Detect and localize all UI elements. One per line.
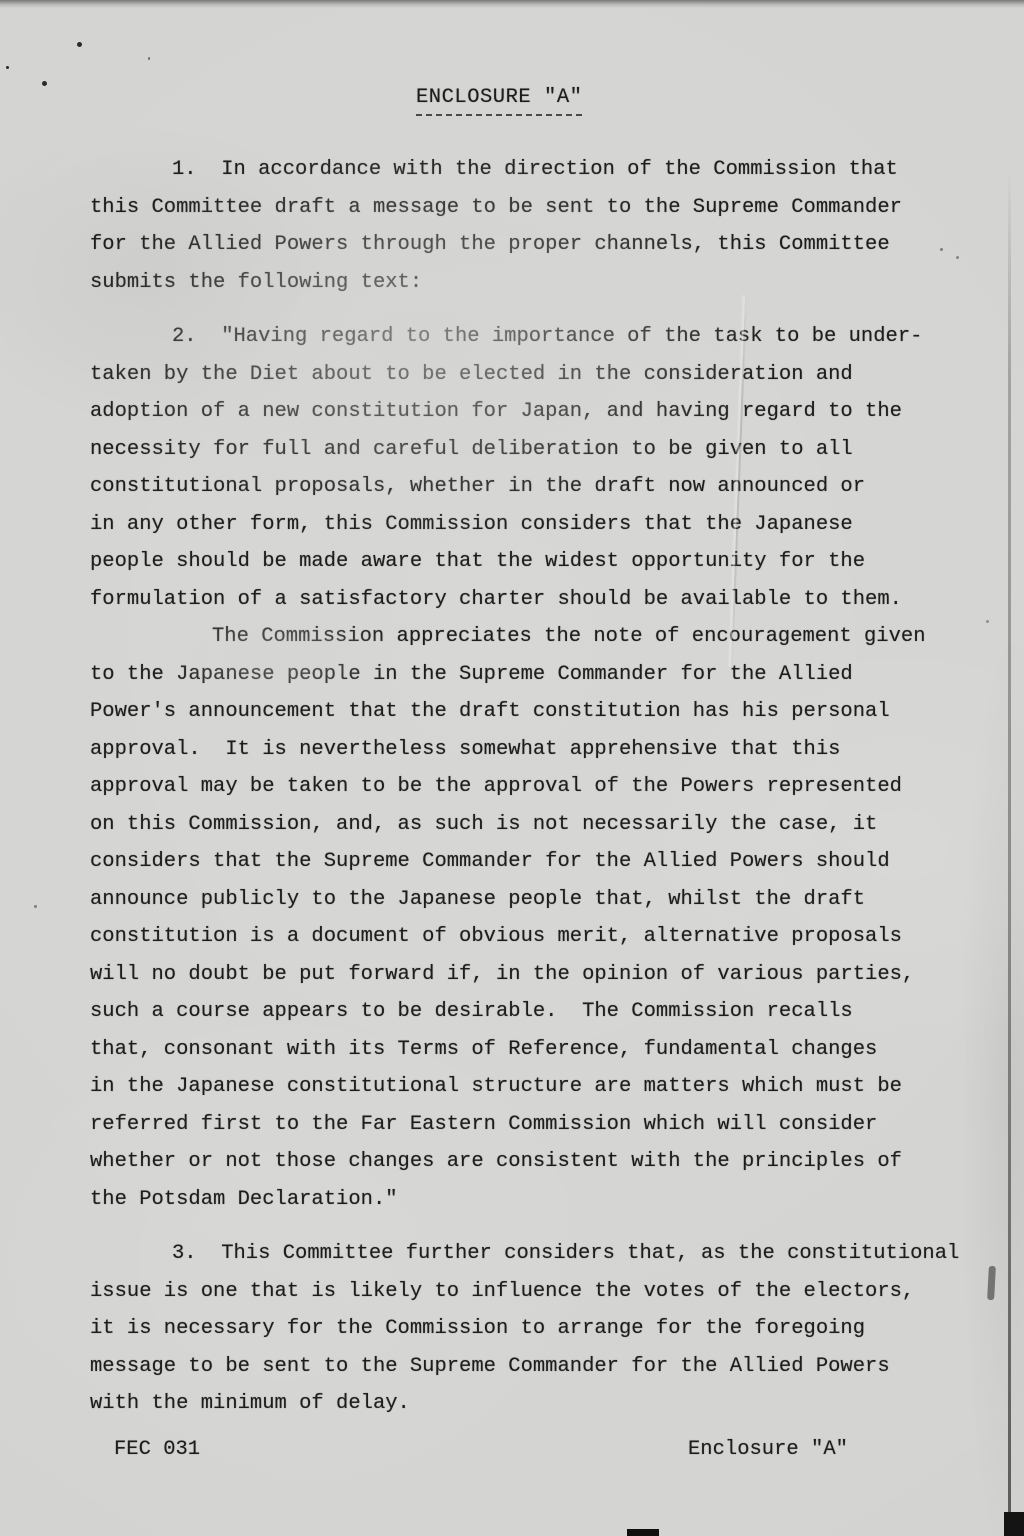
paper-speck <box>986 620 989 623</box>
text-line: referred first to the Far Eastern Commis… <box>90 1106 950 1144</box>
paper-speck <box>956 256 959 259</box>
paper-speck <box>940 248 943 251</box>
scan-bottom-mark <box>627 1529 659 1536</box>
scan-right-edge <box>1008 170 1011 1536</box>
text-line: considers that the Supreme Commander for… <box>90 843 950 881</box>
text-line: Power's announcement that the draft cons… <box>90 693 950 731</box>
paragraph: 3. This Committee further considers that… <box>90 1235 950 1423</box>
paper-speck <box>34 905 37 908</box>
text-line: the Potsdam Declaration." <box>90 1181 950 1219</box>
text-line: on this Commission, and, as such is not … <box>90 806 950 844</box>
text-line: constitutional proposals, whether in the… <box>90 468 950 506</box>
paragraph: 1. In accordance with the direction of t… <box>90 151 950 301</box>
text-line: message to be sent to the Supreme Comman… <box>90 1348 950 1386</box>
paragraph: 2. "Having regard to the importance of t… <box>90 318 950 618</box>
paper-speck <box>6 66 9 69</box>
paper-speck <box>42 81 47 86</box>
text-line: taken by the Diet about to be elected in… <box>90 356 950 394</box>
text-line: formulation of a satisfactory charter sh… <box>90 581 950 619</box>
text-line: in any other form, this Commission consi… <box>90 506 950 544</box>
text-line: The Commission appreciates the note of e… <box>90 618 950 656</box>
paper-speck <box>77 42 82 47</box>
document-title: ENCLOSURE "A" <box>416 86 582 116</box>
text-line: 1. In accordance with the direction of t… <box>90 151 950 189</box>
scan-corner-mark <box>1004 1512 1024 1536</box>
enclosure-label: Enclosure "A" <box>688 1438 848 1461</box>
text-line: issue is one that is likely to influence… <box>90 1273 950 1311</box>
text-line: announce publicly to the Japanese people… <box>90 881 950 919</box>
text-line: approval. It is nevertheless somewhat ap… <box>90 731 950 769</box>
paper-speck <box>148 57 150 60</box>
document-body: 1. In accordance with the direction of t… <box>90 151 950 1423</box>
text-line: to the Japanese people in the Supreme Co… <box>90 656 950 694</box>
text-line: in the Japanese constitutional structure… <box>90 1068 950 1106</box>
text-line: such a course appears to be desirable. T… <box>90 993 950 1031</box>
text-line: necessity for full and careful deliberat… <box>90 431 950 469</box>
text-line: 3. This Committee further considers that… <box>90 1235 950 1273</box>
text-line: it is necessary for the Commission to ar… <box>90 1310 950 1348</box>
document-footer: FEC 031 Enclosure "A" <box>90 1438 950 1478</box>
scanned-document-page: ENCLOSURE "A" 1. In accordance with the … <box>0 0 1024 1536</box>
text-line: people should be made aware that the wid… <box>90 543 950 581</box>
text-line: will no doubt be put forward if, in the … <box>90 956 950 994</box>
text-line: whether or not those changes are consist… <box>90 1143 950 1181</box>
text-line: this Committee draft a message to be sen… <box>90 189 950 227</box>
text-line: 2. "Having regard to the importance of t… <box>90 318 950 356</box>
text-line: that, consonant with its Terms of Refere… <box>90 1031 950 1069</box>
text-line: adoption of a new constitution for Japan… <box>90 393 950 431</box>
scan-top-edge <box>0 0 1024 8</box>
text-line: approval may be taken to be the approval… <box>90 768 950 806</box>
text-line: with the minimum of delay. <box>90 1385 950 1423</box>
text-line: constitution is a document of obvious me… <box>90 918 950 956</box>
scan-edge-mark <box>987 1266 996 1300</box>
document-id: FEC 031 <box>114 1438 200 1461</box>
text-line: for the Allied Powers through the proper… <box>90 226 950 264</box>
paragraph: The Commission appreciates the note of e… <box>90 618 950 1218</box>
text-line: submits the following text: <box>90 264 950 302</box>
